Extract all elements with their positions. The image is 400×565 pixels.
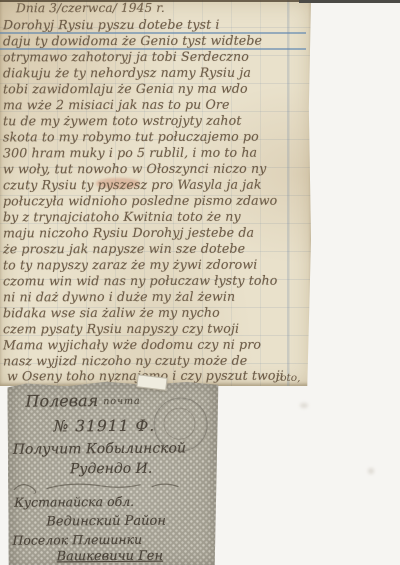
letter-line: to ty napyszy zaraz że my żywi zdorowi [3,257,257,273]
letter-line: czem pysaty Rysiu napyszy czy twoji [3,321,239,337]
flourish-line [12,479,182,494]
letter-line: 300 hram muky i po 5 rublil, i mo to ha [3,145,257,161]
letter-line: Dorohyj Rysiu pyszu dotebe tyst i [3,17,220,33]
letter-line: ma wże 2 misiaci jak nas to pu Ore [3,97,230,113]
letter-line: bidaka wse sia żaliw że my nycho [3,305,220,321]
envelope-village: Поселок Плешинки [12,532,142,548]
letter-line: by z trynajciatoho Kwitnia toto że ny [3,209,241,225]
field-post-word: Полевая [25,391,98,411]
scan-smudge [300,403,308,408]
letter-line: Mama wyjichały wże dodomu czy ni pro [3,337,261,353]
letter-line: otrymawo zahotoryj ja tobi Serdeczno [3,49,249,65]
letter-line: skota to my robymo tut połuczajemo po [3,129,259,145]
letter-line: tu de my żywem toto wstrojyty zahot [3,113,242,129]
letter-date: Dnia 3/czerwca/ 1945 r. [16,1,165,16]
envelope-recipient-line: Получит Кобылинской [13,440,186,457]
letter-line: tobi zawidomlaju że Genia ny ma wdo [3,81,248,97]
letter-line: nasz wyjizd niczoho ny czuty może de [3,353,247,369]
envelope-district: Вединский Район [46,514,166,530]
envelope-surname: Вашкевичи Ген [57,549,164,565]
letter-sheet: Dnia 3/czerwca/ 1945 r. Dorohyj Rysiu py… [0,0,311,386]
scan-smudge [368,468,374,474]
envelope-field-post-number: № 31911 Ф. [54,417,156,436]
letter-line: diakuju że ty nehordysz namy Rysiu ja [3,65,251,81]
envelope-recipient-line: Рудендо И. [70,461,152,478]
letter-line: daju ty dowidoma że Genio tyst widtebe [3,33,262,49]
envelope: Полевая почта № 31911 Ф. Получит Кобылин… [7,380,219,565]
letter-line: czuty Rysiu ty pyszesz pro Wasyla ja jak [3,177,262,193]
letter-line: czomu win wid nas ny połuczaw łysty toho [3,273,277,289]
margin-line [287,0,289,386]
letter-line: połuczyła widnioho posledne pismo zdawo [3,193,277,209]
field-post-word-small: почта [103,396,140,407]
letter-line: w woły, tut nowoho w Ołoszynci niczo ny [3,161,266,177]
envelope-region: Кустанайска обл. [14,494,134,510]
paper-top-edge [0,0,311,2]
envelope-header: Полевая почта [25,391,140,411]
letter-line: ni ni daż dywno i duże my żal żewin [3,289,235,305]
letter-postscript: toto, [276,372,300,384]
scan-edge-strip [299,0,400,3]
scanned-letter-photo: Dnia 3/czerwca/ 1945 r. Dorohyj Rysiu py… [0,0,400,565]
letter-line: maju niczoho Rysiu Dorohyj jestebe da [3,225,254,241]
letter-line: że proszu jak napysze win sze dotebe [3,241,245,257]
